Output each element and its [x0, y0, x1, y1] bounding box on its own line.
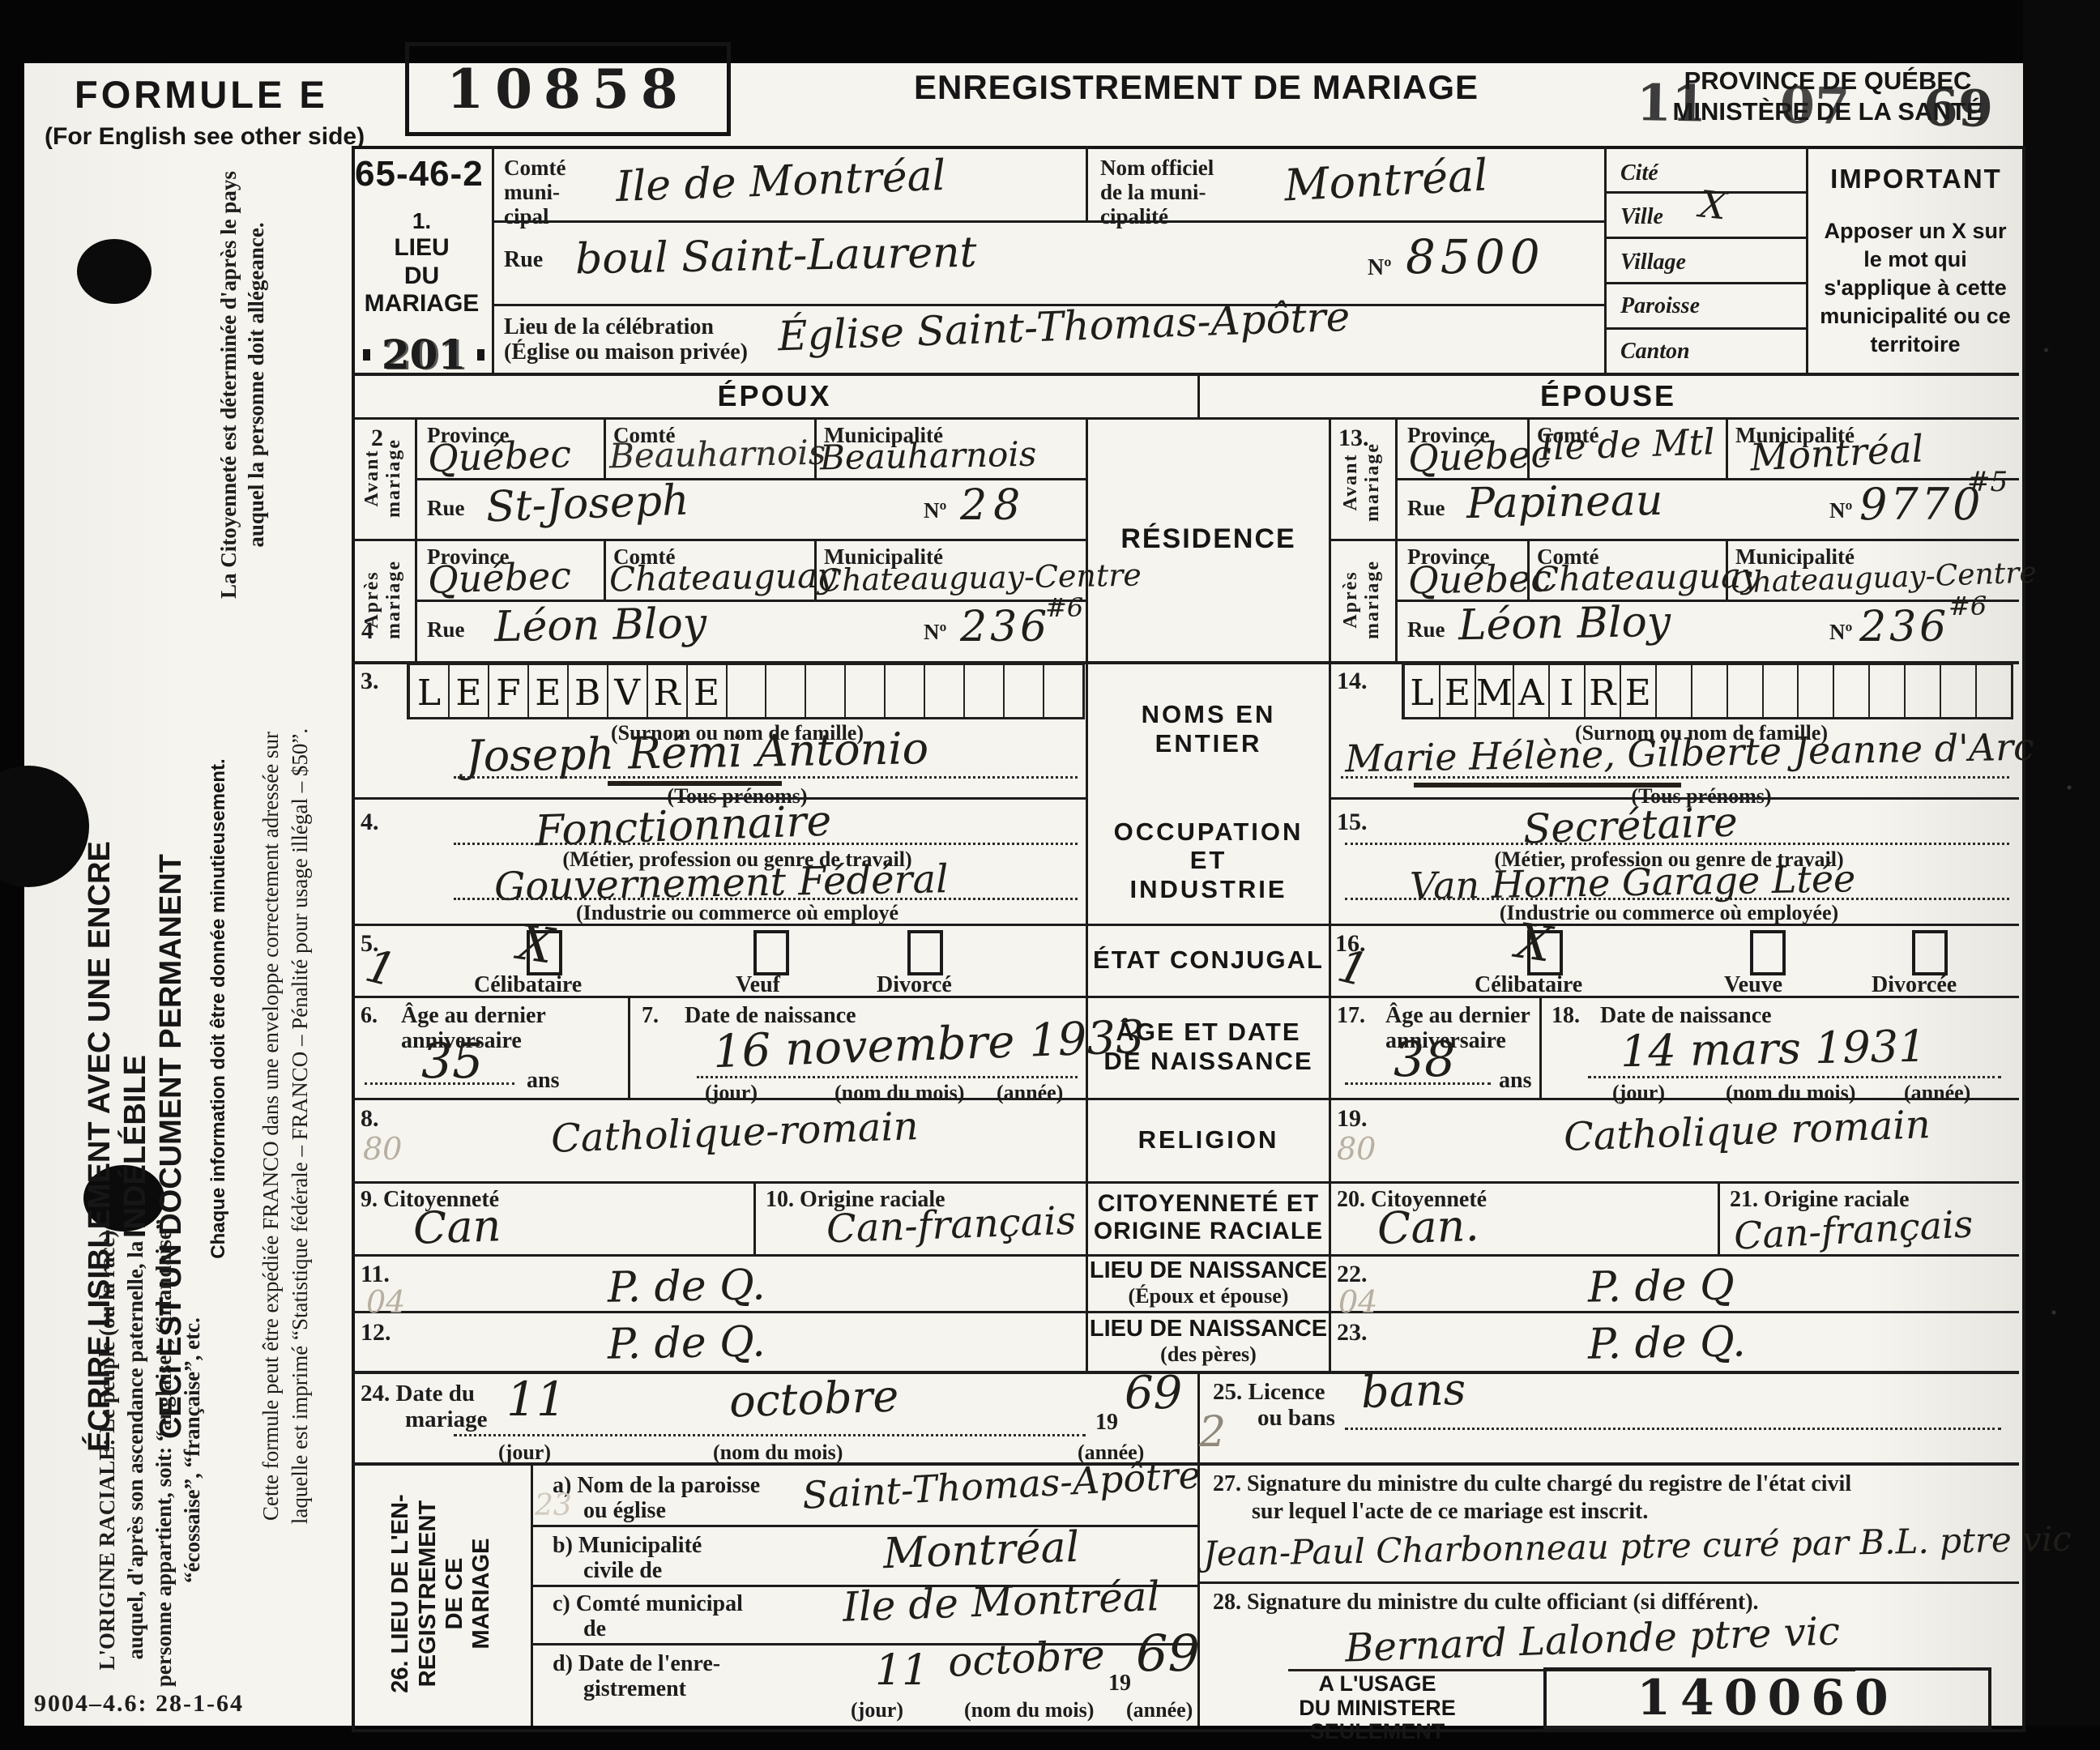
type-cite: Cité [1620, 160, 1658, 186]
letter-cell: E [448, 665, 488, 717]
industrie-label-epoux: (Industrie ou commerce où employé [502, 901, 972, 924]
serial-number-box: 10858 [405, 42, 731, 136]
dotted-line [1345, 1082, 1491, 1085]
grid-line [1086, 146, 1088, 220]
reg-jour-label: (jour) [851, 1698, 903, 1722]
epouse-prenoms: Marie Hélène, Gilberte Jeanne d'Arc [1345, 728, 2035, 778]
dotted-line [365, 1082, 514, 1085]
etat-label: ÉTAT CONJUGAL [1093, 945, 1324, 975]
margin-citizenship-note: La Citoyenneté est déterminée d'après le… [173, 158, 314, 612]
epoux-nom-num: 3. [361, 668, 379, 695]
letter-cell [765, 665, 805, 717]
epoux-apres-comte: Chateauguay [609, 559, 837, 597]
comte-municipal-label: Comté muni- cipal [504, 156, 566, 229]
grid-line [604, 417, 606, 478]
letter-cell [963, 665, 1003, 717]
margin-franco-note: Cette formule peut être expédiée FRANCO … [251, 709, 319, 1543]
occ-l3: INDUSTRIE [1129, 875, 1287, 904]
date-stamp: 11 07 69 [1636, 73, 1993, 139]
scan-border-top [0, 0, 2100, 63]
mariage-19: 19 [1095, 1410, 1118, 1435]
registry-stamp-box: 140060 [1543, 1667, 1991, 1729]
a-l2: ou église [583, 1498, 760, 1523]
grid-line [352, 1371, 2019, 1374]
epouse-nom-num: 14. [1337, 668, 1368, 695]
org-num2: 21. [1730, 1187, 1758, 1212]
type-ville: Ville [1620, 204, 1663, 229]
lic-l2: ou bans [1257, 1405, 1335, 1431]
letter-cell: E [1620, 665, 1655, 717]
letter-cell: B [567, 665, 607, 717]
licence-value: bans [1360, 1368, 1466, 1415]
reg-l2: REGISTREMENT [415, 1500, 442, 1687]
letter-cell [1940, 665, 1975, 717]
lieu-mariage-label: 1. LIEU DU MARIAGE [352, 203, 492, 324]
epoux-age-num: 6. [361, 1003, 378, 1028]
d-l2: gistrement [583, 1676, 720, 1701]
no-label-1: Nº [1368, 255, 1391, 280]
grid-line [1539, 996, 1542, 1098]
checkbox-x-epoux: X [515, 918, 557, 971]
important-body: Apposer un X sur le mot qui s'applique à… [1813, 217, 2017, 359]
lieu-l1: LIEU [394, 234, 449, 262]
epouse-avant-no: 9770 [1859, 483, 1983, 527]
letter-cell [726, 665, 766, 717]
reg-a-pencil: 23 [535, 1489, 572, 1522]
industrie-label-epouse: (Industrie ou commerce où employée) [1434, 901, 1904, 924]
sig28-label: 28. Signature du ministre du culte offic… [1213, 1590, 2015, 1615]
letter-cell [844, 665, 884, 717]
epouse-ln1-pencil: 04 [1338, 1284, 1377, 1320]
usage-l2: DU MINISTERE [1240, 1697, 1515, 1721]
grid-line [352, 373, 2019, 376]
occ-l1: OCCUPATION [1114, 817, 1304, 847]
type-paroisse: Paroisse [1620, 293, 1700, 318]
comte-l2: muni- [504, 180, 566, 204]
epoux-ln1-pencil: 04 [366, 1284, 405, 1320]
epouse-avant-rue: Papineau [1466, 480, 1663, 525]
label-divorcee: Divorcée [1872, 972, 1957, 997]
mariage-mois: octobre [728, 1374, 899, 1423]
grid-line [1604, 146, 1607, 373]
letter-cell: V [607, 665, 647, 717]
section-etat: ÉTAT CONJUGAL [1088, 924, 1329, 996]
epoux-religion: Catholique-romain [550, 1107, 919, 1159]
epouse-avant-municipalite: Montréal [1749, 429, 1924, 476]
religion-label: RELIGION [1138, 1125, 1279, 1155]
comte-l3: cipal [504, 204, 566, 228]
letter-cell: R [1584, 665, 1620, 717]
mariage-mois-label: (nom du mois) [713, 1441, 843, 1464]
margin-origine-note: L'ORIGINE RACIALE: Le peuple (ou la race… [49, 1207, 251, 1693]
dotted-line [1341, 776, 2009, 779]
grid-line [1726, 417, 1728, 478]
grid-line [1806, 146, 1808, 373]
mariage-jour-label: (jour) [498, 1441, 551, 1464]
print-code: 9004–4.6: 28-1-64 [34, 1690, 244, 1718]
epoux-avant-province: Québec [427, 435, 571, 477]
epoux-ln2-num: 12. [361, 1319, 391, 1347]
b-l2: civile de [583, 1558, 702, 1583]
lieu-num: 1. [412, 208, 431, 234]
dotted-line [454, 843, 1078, 845]
jour-label-epouse: (jour) [1612, 1081, 1665, 1104]
type-canton: Canton [1620, 339, 1690, 364]
apres-b2: mariage [1362, 560, 1384, 639]
date-stamp-year: 69 [1923, 78, 1994, 138]
section-occupation: OCCUPATION ET INDUSTRIE [1088, 797, 1329, 924]
dm-l2: mariage [405, 1406, 487, 1432]
label-no-epoux-avant: Nº [924, 498, 946, 523]
avant-a: Avant [361, 450, 383, 507]
c-l1: c) Comté municipal [553, 1591, 743, 1616]
grid-line [531, 1525, 1197, 1527]
header-epoux: ÉPOUX [653, 379, 896, 412]
label-divorce: Divorcé [877, 972, 952, 997]
annee-label-epouse: (année) [1904, 1081, 1970, 1104]
age-l1: ÂGE ET DATE [1116, 1018, 1300, 1047]
label-veuve: Veuve [1724, 972, 1782, 997]
nom-l1: Nom officiel [1100, 156, 1214, 180]
usage-l3: SEULEMENT [1240, 1720, 1515, 1744]
label-rue-epoux-avant: Rue [427, 496, 465, 520]
dotted-line [697, 1076, 1078, 1078]
reg-b-value: Montréal [882, 1526, 1080, 1575]
checkbox-x-epouse: X [1513, 916, 1555, 969]
grid-line [417, 478, 1086, 480]
letter-cell [884, 665, 924, 717]
comte-municipal-value: Ile de Montréal [615, 155, 946, 208]
letter-cell: M [1475, 665, 1513, 717]
ln1-label: LIEU DE NAISSANCE [1090, 1257, 1327, 1284]
ministry-usage-label: A L'USAGE DU MINISTERE SEULEMENT [1240, 1672, 1515, 1744]
epouse-lieu-naissance-peres: P. de Q. [1588, 1321, 1747, 1365]
section-age: ÂGE ET DATE DE NAISSANCE [1088, 996, 1329, 1098]
apres-b: mariage [383, 560, 405, 639]
letter-cell: F [488, 665, 527, 717]
dotted-line [1345, 898, 2009, 900]
apres-a2: Après [1340, 570, 1362, 628]
nom-officiel-label: Nom officiel de la muni- cipalité [1100, 156, 1214, 229]
epouse-apres-rue: Léon Bloy [1458, 601, 1671, 647]
label-no-epouse-apres: Nº [1829, 620, 1852, 644]
occ-l2: ET [1190, 846, 1227, 875]
ln2-label: LIEU DE NAISSANCE [1090, 1316, 1327, 1342]
grid-line [1604, 327, 1808, 330]
jour-label-epoux: (jour) [705, 1081, 758, 1104]
reg-d-jour: 11 [875, 1650, 928, 1692]
label-no-epouse-avant: Nº [1829, 498, 1852, 523]
epouse-avant-apt: #5 [1967, 468, 2008, 496]
ans-label-epouse: ans [1499, 1068, 1531, 1093]
nom-l3: cipalité [1100, 204, 1214, 228]
epouse-apres-label: Après mariage [1338, 539, 1386, 660]
punch-hole-top [77, 239, 152, 304]
letter-cell [1043, 665, 1082, 717]
letter-cell: R [647, 665, 686, 717]
cit-l1: CITOYENNETÉ ET [1098, 1190, 1319, 1219]
usage-l1: A L'USAGE [1240, 1672, 1515, 1697]
ln1-sub: (Époux et épouse) [1129, 1284, 1289, 1308]
epoux-naiss-num: 7. [642, 1003, 659, 1028]
grid-line [492, 220, 1607, 223]
grid-line [417, 600, 1086, 602]
grid-line [1718, 1181, 1720, 1254]
epoux-avant-no: 28 [960, 484, 1027, 527]
grid-line [1604, 237, 1808, 239]
grid-line [1197, 373, 1200, 417]
dotted-line [1345, 843, 2009, 845]
lieu-l2: DU [404, 262, 439, 291]
epouse-avant-comte: Ile de Mtl [1539, 425, 1715, 467]
grid-line [1329, 539, 2019, 541]
epouse-avant-label: Avant mariage [1338, 421, 1386, 543]
grid-line [352, 539, 1086, 541]
section-religion: RELIGION [1088, 1098, 1329, 1181]
grid-line [753, 1181, 756, 1254]
letter-cell [1762, 665, 1798, 717]
c-l2: de [583, 1616, 743, 1641]
grid-line [1604, 282, 1808, 284]
epouse-rel-num: 19. [1337, 1105, 1368, 1133]
letter-cell [1833, 665, 1868, 717]
label-no-epoux-apres: Nº [924, 620, 946, 644]
epouse-religion: Catholique romain [1563, 1105, 1931, 1157]
licence-pencil: 2 [1199, 1408, 1226, 1457]
section-lieu-naissance-2: LIEU DE NAISSANCE (des pères) [1088, 1311, 1329, 1371]
type-village: Village [1620, 250, 1686, 275]
cit-num2: 20. [1337, 1187, 1365, 1212]
letter-cell [1797, 665, 1833, 717]
epoux-avant-comte: Beauharnois [609, 436, 826, 474]
date-stamp-month: 07 [1779, 75, 1850, 135]
epouse-citoyennete: Can. [1377, 1204, 1479, 1251]
section-noms: NOMS EN ENTIER [1088, 661, 1329, 797]
dotted-line [454, 1434, 1086, 1436]
epouse-occ-num: 15. [1337, 809, 1368, 836]
epouse-age: 38 [1394, 1035, 1455, 1084]
reg-mois-label: (nom du mois) [964, 1698, 1094, 1722]
grid-line [492, 146, 494, 373]
dotted-line [454, 898, 1078, 900]
letter-cell: E [1439, 665, 1475, 717]
label-celibataire-epoux: Célibataire [474, 972, 582, 997]
stamp-dot-right [477, 349, 484, 361]
serial-number: 10858 [446, 58, 689, 121]
letter-cell: L [408, 665, 448, 717]
grid-line [628, 996, 630, 1098]
checkbox-veuf [753, 930, 789, 975]
reg-b-label: b) Municipalité civile de [553, 1533, 702, 1584]
lieu-l3: MARIAGE [365, 290, 480, 318]
rue-value-1: boul Saint-Laurent [575, 232, 977, 281]
lic-l1: 25. Licence [1213, 1379, 1335, 1405]
mois-label-epouse: (nom du mois) [1726, 1081, 1855, 1104]
district-stamp: 201 [363, 331, 484, 378]
section-lieu-naissance-1: LIEU DE NAISSANCE (Époux et épouse) [1088, 1254, 1329, 1311]
no-value-1: 8500 [1406, 233, 1545, 280]
d-l1: d) Date de l'enre- [553, 1651, 720, 1676]
sig27-l1: 27. Signature du ministre du culte charg… [1213, 1470, 2015, 1498]
grid-line [604, 539, 606, 600]
epouse-origine: Can-français [1733, 1205, 1974, 1254]
annee-label-epoux: (année) [997, 1081, 1063, 1104]
registry-stamp-number: 140060 [1637, 1670, 1898, 1727]
letter-cell: A [1513, 665, 1548, 717]
sig27-label: 27. Signature du ministre du culte charg… [1213, 1470, 2015, 1525]
age-l2: DE NAISSANCE [1103, 1047, 1312, 1076]
formule-title: FORMULE E [75, 73, 328, 117]
b-l1: b) Municipalité [553, 1533, 702, 1558]
epoux-occ-num: 4. [361, 809, 379, 836]
dm-l1: 24. Date du [361, 1381, 487, 1406]
mariage-annee: 69 [1125, 1371, 1182, 1416]
dotted-line [454, 776, 1078, 779]
scan-border-right [2023, 0, 2100, 1750]
epoux-avant-label: Avant mariage [359, 417, 408, 539]
epouse-ln2-num: 23. [1337, 1319, 1368, 1347]
epoux-prenoms: Joseph Rémi Antonio [466, 727, 929, 779]
nom-l2: de la muni- [1100, 180, 1214, 204]
letter-cell [1727, 665, 1762, 717]
reg-d-label: d) Date de l'enre- gistrement [553, 1651, 720, 1702]
letter-cell [1975, 665, 2011, 717]
licence-label: 25. Licence ou bans [1213, 1379, 1335, 1432]
epouse-naissance: 14 mars 1931 [1620, 1025, 1927, 1074]
letter-cell [1003, 665, 1043, 717]
important-title: IMPORTANT [1819, 164, 2013, 194]
reg-d-19: 19 [1108, 1671, 1131, 1696]
epoux-origine: Can-français [826, 1202, 1077, 1249]
dotted-line [1345, 1428, 2001, 1430]
letter-cell [1868, 665, 1904, 717]
rue-label-1: Rue [504, 247, 543, 272]
epoux-surname-boxes: L E F E B V R E [407, 663, 1085, 719]
checkbox-veuve [1750, 930, 1786, 975]
epoux-avant-rue: St-Joseph [485, 480, 689, 529]
letter-cell: I [1548, 665, 1584, 717]
letter-cell [805, 665, 844, 717]
section-citoyennete: CITOYENNETÉ ET ORIGINE RACIALE [1088, 1181, 1329, 1254]
form-code: 65-46-2 [355, 154, 484, 195]
reg-c-value: Ile de Montréal [842, 1576, 1160, 1628]
epoux-apres-label: Après mariage [359, 539, 408, 660]
letter-cell: L [1403, 665, 1439, 717]
epoux-rel-num: 8. [361, 1105, 379, 1133]
epoux-apres-province: Québec [427, 557, 571, 599]
header-epouse: ÉPOUSE [1487, 379, 1730, 412]
stamp-dot-left [363, 349, 370, 361]
epouse-rel-pencil: 80 [1337, 1131, 1376, 1167]
epoux-lieu-naissance-peres: P. de Q. [608, 1321, 766, 1365]
ans-label-epoux: ans [527, 1068, 559, 1093]
epouse-lieu-naissance: P. de Q [1588, 1264, 1735, 1308]
org-num: 10. [766, 1187, 794, 1212]
mariage-jour: 11 [506, 1376, 566, 1423]
date-mariage-label: 24. Date du mariage [361, 1381, 487, 1433]
grid-line [1329, 417, 1331, 1371]
reg-l4: MARIAGE [468, 1539, 495, 1650]
epouse-avant-province: Québec [1407, 435, 1552, 477]
age-la2: Âge au dernier [1385, 1003, 1530, 1028]
reg-c-label: c) Comté municipal de [553, 1591, 743, 1642]
letter-cell: E [686, 665, 726, 717]
epoux-rel-pencil: 80 [363, 1131, 402, 1167]
document-title: ENREGISTREMENT DE MARIAGE [914, 68, 1479, 107]
reg-annee-label: (année) [1126, 1698, 1193, 1722]
registration-place-label: 26. LIEU DE L'EN- REGISTREMENT DE CE MAR… [361, 1464, 523, 1723]
epouse-apres-no: 236 [1859, 606, 1949, 648]
reg-l1: 26. LIEU DE L'EN- [387, 1494, 414, 1692]
epoux-lieu-naissance: P. de Q. [608, 1264, 766, 1308]
epoux-age: 35 [421, 1037, 483, 1086]
formule-subtitle: (For English see other side) [45, 123, 365, 152]
epouse-surname-boxes: L E M A I R E [1402, 663, 2013, 719]
date-stamp-day: 11 [1636, 73, 1707, 133]
avant-b2: mariage [1362, 442, 1384, 522]
label-rue-epoux-apres: Rue [427, 617, 465, 642]
district-number: 201 [382, 331, 466, 378]
epoux-apres-apt: #6 [1045, 595, 1083, 621]
epouse-apres-province: Québec [1408, 559, 1552, 599]
epoux-apres-no: 236 [960, 606, 1050, 648]
letter-cell: E [527, 665, 567, 717]
age-la: Âge au dernier [401, 1003, 546, 1028]
checkbox-divorcee [1912, 930, 1948, 975]
epouse-apres-apt: #6 [1948, 593, 1987, 619]
cit-num: 9. [361, 1187, 378, 1212]
scanned-marriage-registration: FORMULE E (For English see other side) 1… [0, 0, 2100, 1750]
reg-l3: DE CE [442, 1558, 468, 1630]
reg-a-label: a) Nom de la paroisse ou église [553, 1473, 760, 1524]
grid-line [531, 1462, 533, 1726]
epoux-avant-municipalite: Beauharnois [820, 437, 1037, 476]
comte-l1: Comté [504, 156, 566, 180]
epouse-age-num: 17. [1337, 1003, 1365, 1028]
avant-b: mariage [383, 438, 405, 518]
nom-officiel-value: Montréal [1283, 153, 1489, 207]
reg-d-annee: 69 [1136, 1628, 1200, 1679]
epouse-apres-comte: Chateauguay [1533, 559, 1761, 597]
cit-l2: ORIGINE RACIALE [1094, 1218, 1323, 1246]
residence-label: RÉSIDENCE [1120, 523, 1295, 555]
a-l1: a) Nom de la paroisse [553, 1473, 760, 1498]
epouse-naiss-num: 18. [1552, 1003, 1580, 1028]
epoux-citoyennete: Can [412, 1204, 502, 1251]
epoux-apres-rue: Léon Bloy [494, 603, 707, 649]
label-celibataire-epouse: Célibataire [1475, 972, 1582, 997]
letter-cell [1691, 665, 1727, 717]
mois-label-epoux: (nom du mois) [834, 1081, 964, 1104]
ln2-sub: (des pères) [1160, 1342, 1257, 1366]
label-veuf: Veuf [736, 972, 780, 997]
letter-cell [924, 665, 963, 717]
letter-cell [1904, 665, 1940, 717]
dotted-line [1588, 1076, 2001, 1078]
label-rue-epouse-avant: Rue [1407, 496, 1445, 520]
sig27-l2: sur lequel l'acte de ce mariage est insc… [1252, 1498, 2015, 1526]
label-rue-epouse-apres: Rue [1407, 617, 1445, 642]
grid-line [1200, 1581, 2019, 1584]
apres-a: Après [361, 570, 383, 628]
celeb-l1: Lieu de la célébration [504, 314, 748, 339]
avant-a2: Avant [1340, 454, 1362, 511]
celebration-label: Lieu de la célébration (Église ou maison… [504, 314, 748, 365]
type-ville-x-mark: X [1698, 185, 1728, 224]
checkbox-divorce [907, 930, 943, 975]
celeb-l2: (Église ou maison privée) [504, 339, 748, 365]
margin-eachinfo-note: Chaque information doit être donnée minu… [204, 749, 233, 1268]
